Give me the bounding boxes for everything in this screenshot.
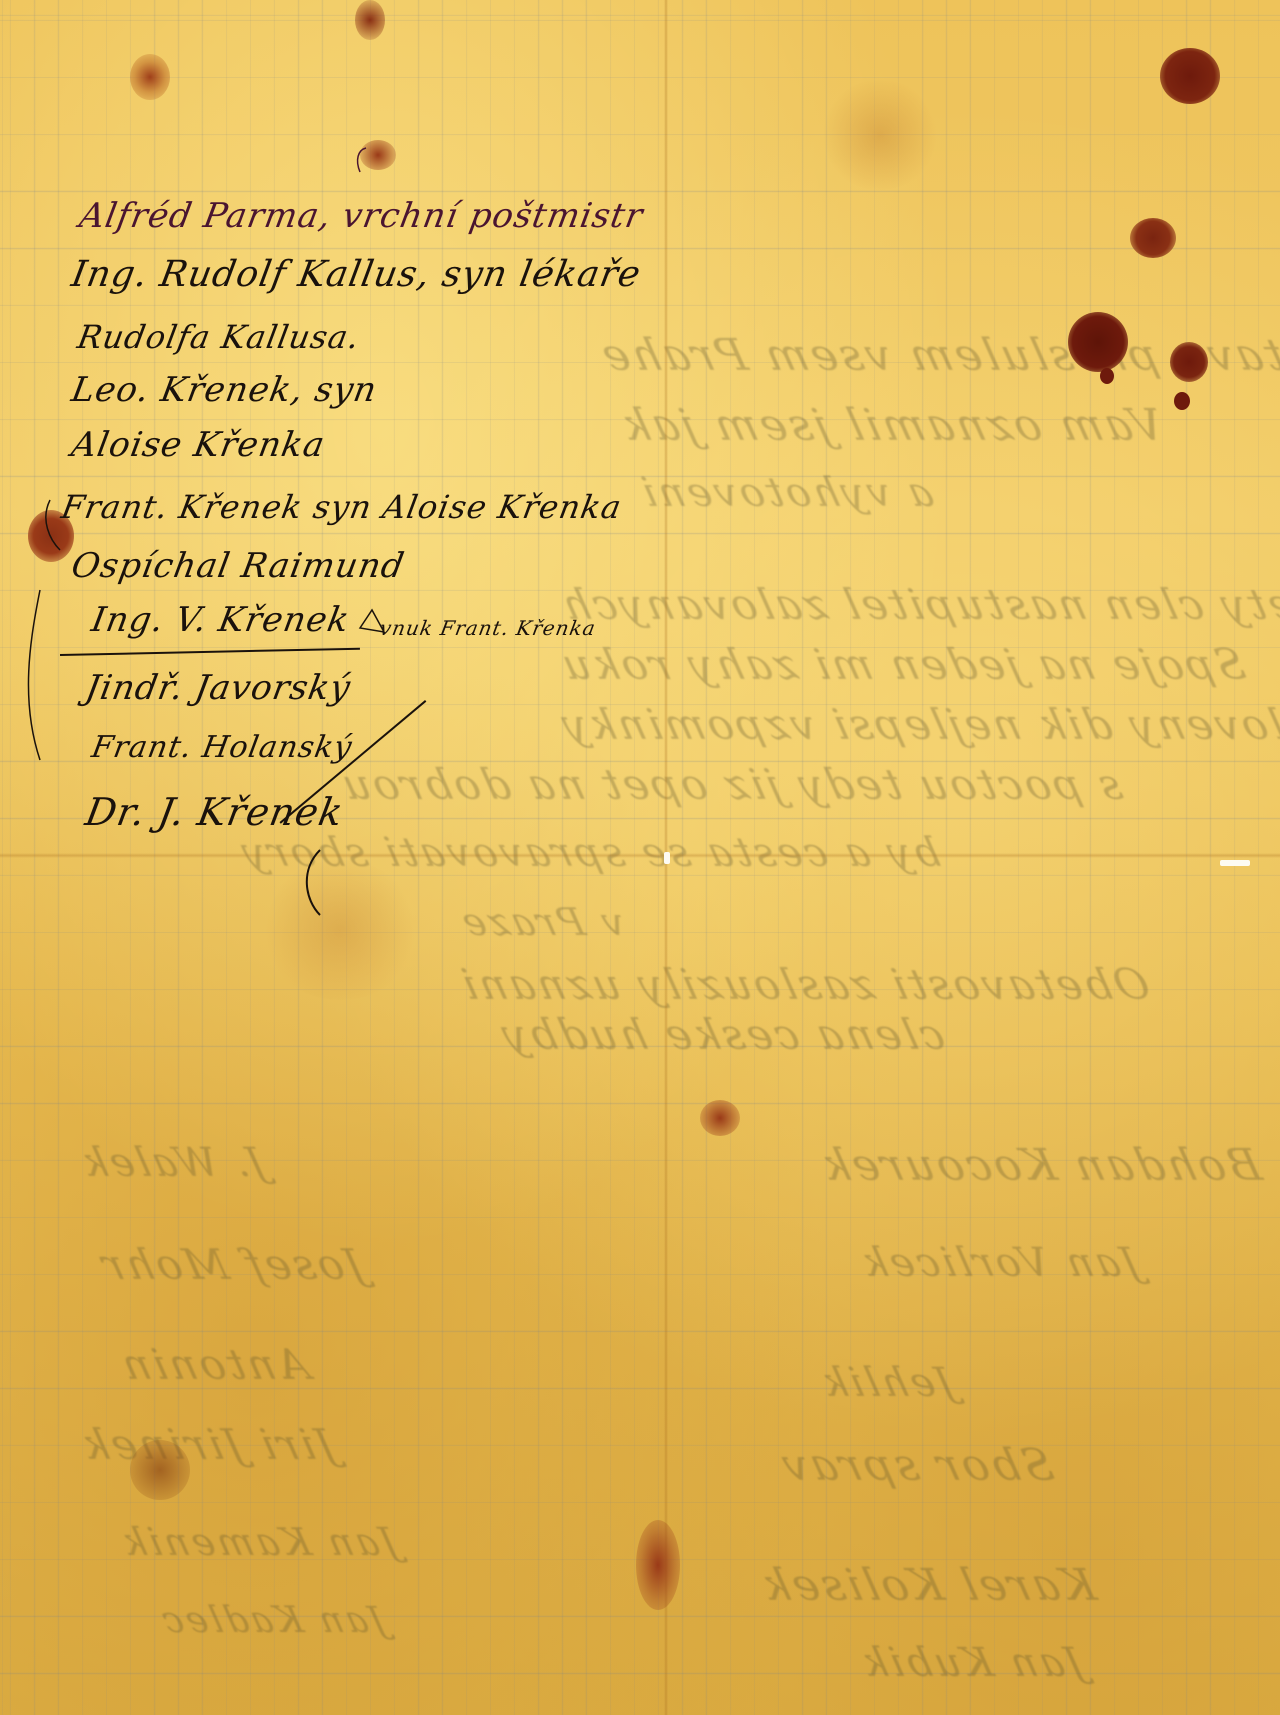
ink-stain [636, 1520, 680, 1610]
ink-stain [1068, 312, 1128, 372]
ink-stain [1100, 368, 1114, 384]
ink-stain [1160, 48, 1220, 104]
ink-stain [1174, 392, 1190, 410]
signature-list: Alfréd Parma, vrchní poštmistr Ing. Rudo… [0, 0, 700, 1000]
fold-tear [1220, 860, 1250, 866]
ink-stain [130, 1440, 190, 1500]
document-page: Ustavu proslulem vsem Prahe Vam oznamil … [0, 0, 1280, 1715]
ink-stain [1170, 342, 1208, 382]
ink-stain [700, 1100, 740, 1136]
flourish-stroke [0, 0, 700, 1000]
ink-stain [1130, 218, 1176, 258]
water-stain [820, 80, 940, 190]
